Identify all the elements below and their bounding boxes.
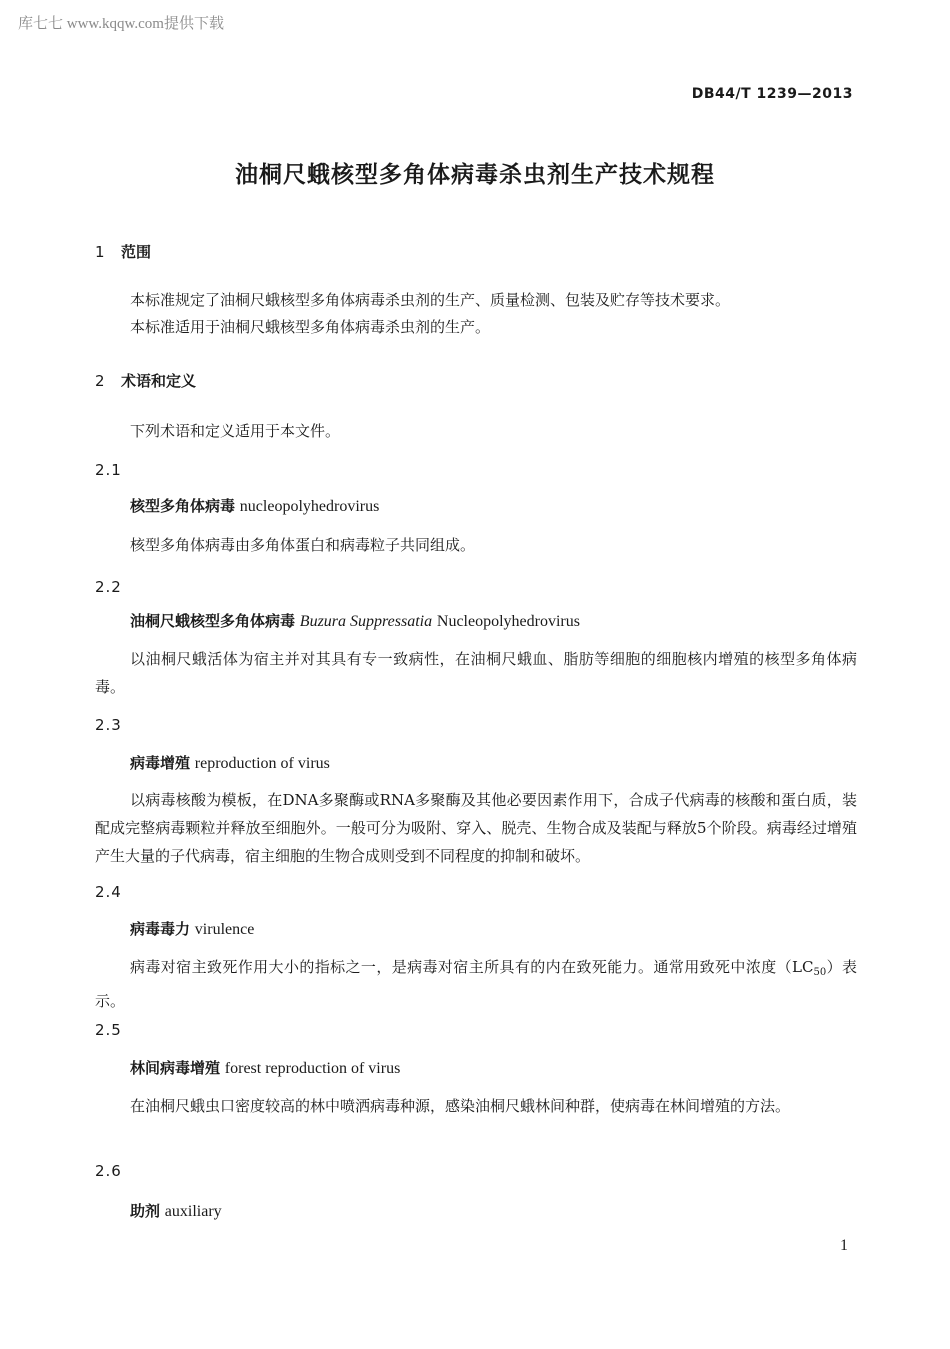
clause-number: 2.6 bbox=[95, 1162, 122, 1180]
clause-number: 2.2 bbox=[95, 578, 122, 596]
term-definition: 以病毒核酸为模板，在DNA多聚酶或RNA多聚酶及其他必要因素作用下，合成子代病毒… bbox=[95, 786, 857, 870]
term-en: virulence bbox=[195, 921, 255, 938]
term-zh: 油桐尺蛾核型多角体病毒 bbox=[130, 612, 295, 630]
term-entry: 林间病毒增殖 forest reproduction of virus bbox=[130, 1057, 400, 1078]
watermark: 库七七 www.kqqw.com提供下载 bbox=[18, 12, 224, 33]
page-number: 1 bbox=[840, 1237, 848, 1255]
term-en: reproduction of virus bbox=[195, 755, 330, 772]
definition-text: 病毒对宿主致死作用大小的指标之一，是病毒对宿主所具有的内在致死能力。通常用致死中… bbox=[130, 958, 813, 976]
section-number: 2 bbox=[95, 372, 121, 390]
term-zh: 助剂 bbox=[130, 1202, 160, 1220]
term-en: auxiliary bbox=[165, 1203, 222, 1220]
term-en: nucleopolyhedrovirus bbox=[240, 498, 380, 515]
term-entry: 油桐尺蛾核型多角体病毒 Buzura Suppressatia Nucleopo… bbox=[130, 610, 580, 631]
term-definition: 在油桐尺蛾虫口密度较高的林中喷洒病毒种源，感染油桐尺蛾林间种群，使病毒在林间增殖… bbox=[95, 1092, 857, 1120]
standard-code: DB44/T 1239—2013 bbox=[692, 86, 853, 102]
term-definition: 核型多角体病毒由多角体蛋白和病毒粒子共同组成。 bbox=[95, 531, 857, 559]
term-entry: 助剂 auxiliary bbox=[130, 1200, 222, 1221]
term-zh: 核型多角体病毒 bbox=[130, 497, 235, 515]
section-1-heading: 1范围 bbox=[95, 241, 151, 262]
term-en: forest reproduction of virus bbox=[225, 1060, 401, 1077]
term-definition: 以油桐尺蛾活体为宿主并对其具有专一致病性，在油桐尺蛾血、脂肪等细胞的细胞核内增殖… bbox=[95, 645, 857, 701]
clause-number: 2.1 bbox=[95, 461, 122, 479]
document-title: 油桐尺蛾核型多角体病毒杀虫剂生产技术规程 bbox=[0, 156, 950, 189]
term-zh: 病毒毒力 bbox=[130, 920, 190, 938]
section-title: 范围 bbox=[121, 243, 151, 261]
paragraph: 本标准适用于油桐尺蛾核型多角体病毒杀虫剂的生产。 bbox=[95, 313, 857, 341]
clause-number: 2.4 bbox=[95, 883, 122, 901]
section-title: 术语和定义 bbox=[121, 372, 196, 390]
paragraph: 下列术语和定义适用于本文件。 bbox=[95, 417, 857, 445]
term-entry: 病毒毒力 virulence bbox=[130, 918, 254, 939]
clause-number: 2.5 bbox=[95, 1021, 122, 1039]
paragraph: 本标准规定了油桐尺蛾核型多角体病毒杀虫剂的生产、质量检测、包装及贮存等技术要求。 bbox=[95, 286, 857, 314]
term-entry: 核型多角体病毒 nucleopolyhedrovirus bbox=[130, 495, 379, 516]
term-en-italic: Buzura Suppressatia bbox=[300, 613, 432, 630]
term-en: Nucleopolyhedrovirus bbox=[437, 613, 580, 630]
clause-number: 2.3 bbox=[95, 716, 122, 734]
term-definition: 病毒对宿主致死作用大小的指标之一，是病毒对宿主所具有的内在致死能力。通常用致死中… bbox=[95, 953, 857, 1015]
term-zh: 林间病毒增殖 bbox=[130, 1059, 220, 1077]
term-zh: 病毒增殖 bbox=[130, 754, 190, 772]
section-2-heading: 2术语和定义 bbox=[95, 370, 196, 391]
section-number: 1 bbox=[95, 243, 121, 261]
term-entry: 病毒增殖 reproduction of virus bbox=[130, 752, 330, 773]
subscript: 50 bbox=[813, 967, 826, 978]
